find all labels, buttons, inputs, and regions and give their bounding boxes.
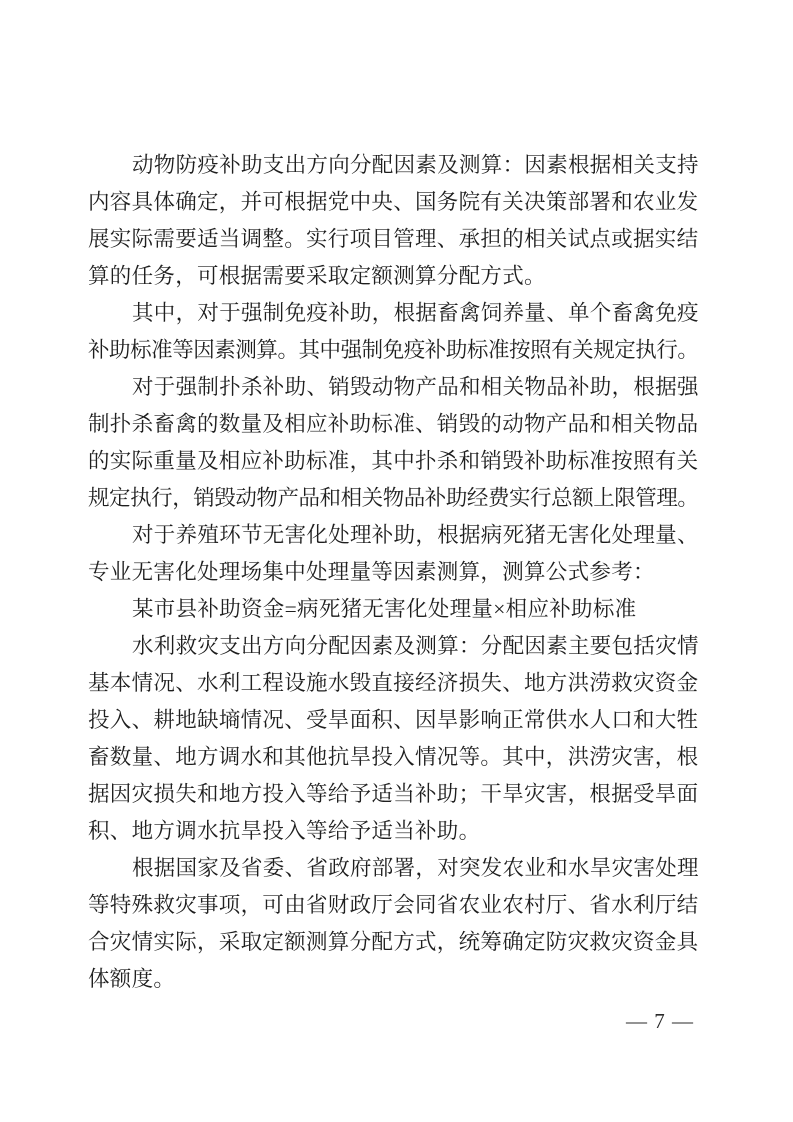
formula-line: 某市县补助资金=病死猪无害化处理量×相应补助标准: [88, 591, 700, 628]
text-line: 某市县补助资金=病死猪无害化处理量×相应补助标准: [88, 591, 700, 628]
text-line: 对于强制扑杀补助、销毁动物产品和相关物品补助，根据强: [88, 369, 700, 406]
text-line: 算的任务，可根据需要采取定额测算分配方式。: [88, 258, 700, 295]
text-line: 基本情况、水利工程设施水毁直接经济损失、地方洪涝救灾资金: [88, 665, 700, 702]
text-line: 展实际需要适当调整。实行项目管理、承担的相关试点或据实结: [88, 221, 700, 258]
text-line: 体额度。: [88, 961, 700, 998]
paragraph-compulsory-immunization: 其中，对于强制免疫补助，根据畜禽饲养量、单个畜禽免疫 补助标准等因素测算。其中强…: [88, 295, 700, 369]
paragraph-animal-epidemic-allocation: 动物防疫补助支出方向分配因素及测算：因素根据相关支持 内容具体确定，并可根据党中…: [88, 147, 700, 295]
text-line: 水利救灾支出方向分配因素及测算：分配因素主要包括灾情: [88, 628, 700, 665]
text-line: 投入、耕地缺墒情况、受旱面积、因旱影响正常供水人口和大牲: [88, 702, 700, 739]
text-line: 的实际重量及相应补助标准，其中扑杀和销毁补助标准按照有关: [88, 443, 700, 480]
text-line: 其中，对于强制免疫补助，根据畜禽饲养量、单个畜禽免疫: [88, 295, 700, 332]
text-line: 对于养殖环节无害化处理补助，根据病死猪无害化处理量、: [88, 517, 700, 554]
paragraph-water-disaster-relief: 水利救灾支出方向分配因素及测算：分配因素主要包括灾情 基本情况、水利工程设施水毁…: [88, 628, 700, 850]
text-line: 专业无害化处理场集中处理量等因素测算，测算公式参考：: [88, 554, 700, 591]
text-line: 补助标准等因素测算。其中强制免疫补助标准按照有关规定执行。: [88, 332, 700, 369]
text-line: 积、地方调水抗旱投入等给予适当补助。: [88, 813, 700, 850]
text-line: 畜数量、地方调水和其他抗旱投入情况等。其中，洪涝灾害，根: [88, 739, 700, 776]
text-line: 内容具体确定，并可根据党中央、国务院有关决策部署和农业发: [88, 184, 700, 221]
text-line: 动物防疫补助支出方向分配因素及测算：因素根据相关支持: [88, 147, 700, 184]
text-line: 根据国家及省委、省政府部署，对突发农业和水旱灾害处理: [88, 850, 700, 887]
text-line: 制扑杀畜禽的数量及相应补助标准、销毁的动物产品和相关物品: [88, 406, 700, 443]
text-line: 规定执行，销毁动物产品和相关物品补助经费实行总额上限管理。: [88, 480, 700, 517]
paragraph-special-disaster-arrangements: 根据国家及省委、省政府部署，对突发农业和水旱灾害处理 等特殊救灾事项，可由省财政…: [88, 850, 700, 998]
text-line: 等特殊救灾事项，可由省财政厅会同省农业农村厅、省水利厅结: [88, 887, 700, 924]
paragraph-harmless-disposal: 对于养殖环节无害化处理补助，根据病死猪无害化处理量、 专业无害化处理场集中处理量…: [88, 517, 700, 591]
document-page: 动物防疫补助支出方向分配因素及测算：因素根据相关支持 内容具体确定，并可根据党中…: [0, 0, 793, 1122]
text-line: 据因灾损失和地方投入等给予适当补助；干旱灾害，根据受旱面: [88, 776, 700, 813]
paragraph-culling-subsidy: 对于强制扑杀补助、销毁动物产品和相关物品补助，根据强 制扑杀畜禽的数量及相应补助…: [88, 369, 700, 517]
page-number: — 7 —: [88, 1003, 694, 1040]
text-line: 合灾情实际，采取定额测算分配方式，统筹确定防灾救灾资金具: [88, 924, 700, 961]
document-body: 动物防疫补助支出方向分配因素及测算：因素根据相关支持 内容具体确定，并可根据党中…: [88, 147, 700, 998]
